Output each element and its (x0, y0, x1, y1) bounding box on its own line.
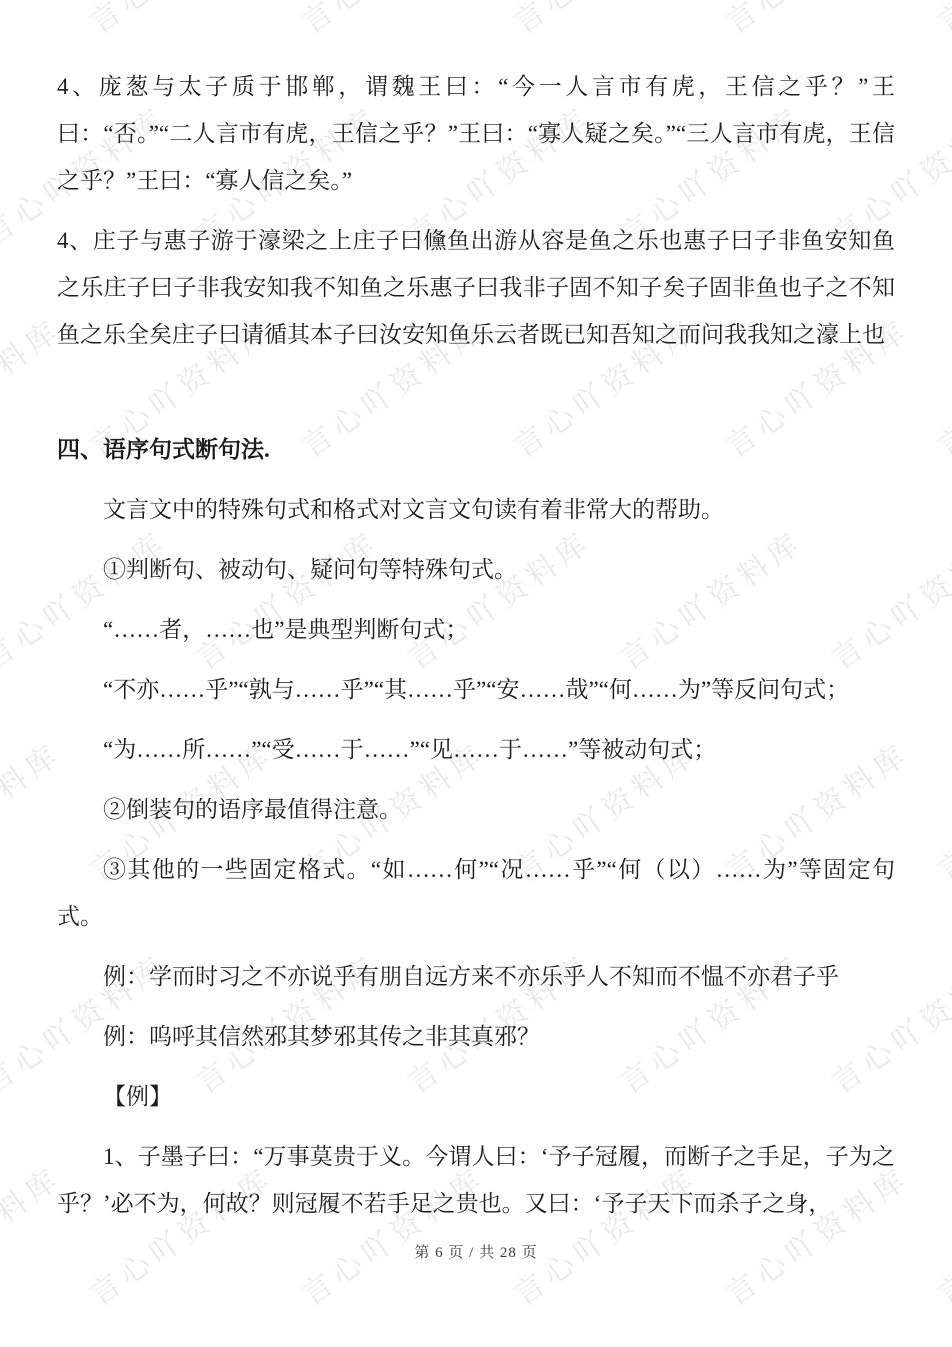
page-number-indicator: 第 6 页 / 共 28 页 (414, 1245, 537, 1261)
document-page: 言心吖资料库言心吖资料库言心吖资料库言心吖资料库言心吖资料库言心吖资料库言心吖资… (0, 0, 952, 1347)
paragraph: 4、庞葱与太子质于邯郸，谓魏王曰：“今一人言市有虎，王信之乎？”王曰：“否。”“… (57, 63, 895, 204)
paragraph: 例：呜呼其信然邪其梦邪其传之非其真邪？ (57, 1013, 895, 1060)
paragraph: 1、子墨子曰：“万事莫贵于义。今谓人曰：‘予子冠履，而断子之手足，子为之乎？’必… (57, 1133, 895, 1227)
paragraph: 例：学而时习之不亦说乎有朋自远方来不亦乐乎人不知而不愠不亦君子乎 (57, 953, 895, 1000)
paragraph: “不亦……乎”“孰与……乎”“其……乎”“安……哉”“何……为”等反问句式； (57, 666, 895, 713)
paragraph: “……者，……也”是典型判断句式； (57, 606, 895, 653)
page-footer: 第 6 页 / 共 28 页 (0, 1241, 952, 1262)
paragraph: ①判断句、被动句、疑问句等特殊句式。 (57, 546, 895, 593)
paragraph: 【例】 (57, 1073, 895, 1120)
document-body: 4、庞葱与太子质于邯郸，谓魏王曰：“今一人言市有虎，王信之乎？”王曰：“否。”“… (0, 0, 952, 1227)
section-heading: 四、语序句式断句法. (57, 426, 895, 473)
paragraph: ③其他的一些固定格式。“如……何”“况……乎”“何（以）……为”等固定句式。 (57, 846, 895, 940)
paragraph: 4、庄子与惠子游于濠梁之上庄子曰儵鱼出游从容是鱼之乐也惠子曰子非鱼安知鱼之乐庄子… (57, 217, 895, 358)
paragraph: ②倒装句的语序最值得注意。 (57, 786, 895, 833)
paragraph: 文言文中的特殊句式和格式对文言文句读有着非常大的帮助。 (57, 486, 895, 533)
paragraph: “为……所……”“受……于……”“见……于……”等被动句式； (57, 726, 895, 773)
